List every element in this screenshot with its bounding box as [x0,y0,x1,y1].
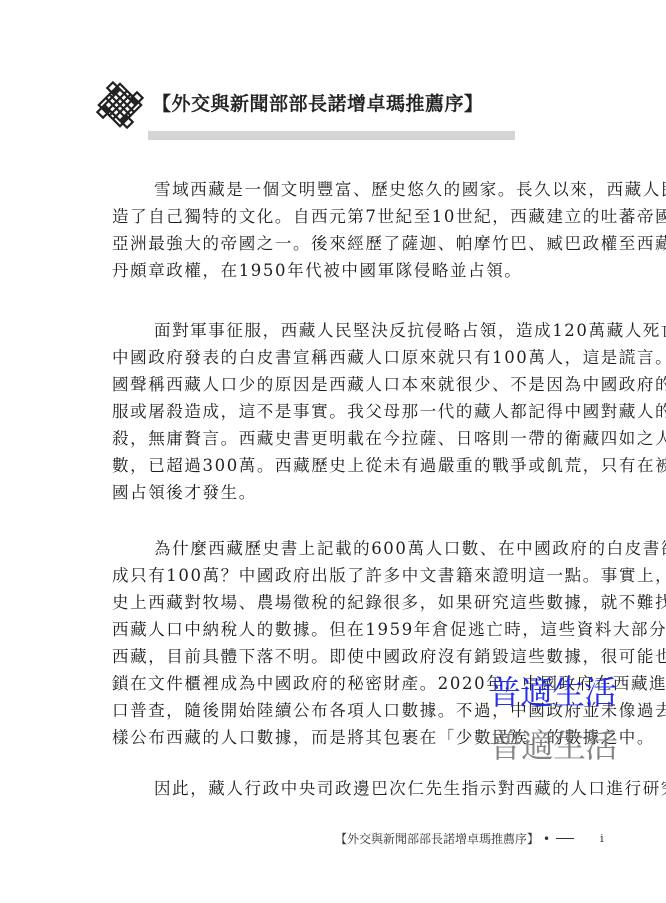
text-line: 亞洲最強大的帝國之一。後來經歷了薩迦、帕摩竹巴、臧巴政權至西藏噶 [112,230,602,257]
watermark-blue: 普適生活 [488,676,616,709]
page-footer: 【外交與新聞部部長諾增卓瑪推薦序】 • i [335,830,604,847]
text-line: 西藏人口中納稅人的數據。但在1959年倉促逃亡時，這些資料大部分留在 [112,616,602,643]
text-line: 服或屠殺造成，這不是事實。我父母那一代的藏人都記得中國對藏人的屠 [112,398,602,425]
text-line: 國聲稱西藏人口少的原因是西藏人口本來就很少、不是因為中國政府的征 [112,371,602,398]
text-line: 丹頗章政權，在1950年代被中國軍隊侵略並占領。 [112,257,602,284]
paragraph-2: 面對軍事征服，西藏人民堅決反抗侵略占領，造成120萬藏人死亡。 中國政府發表的白… [112,317,602,506]
text-line: 造了自己獨特的文化。自西元第7世紀至10世紀，西藏建立的吐蕃帝國是 [112,203,602,230]
paragraph-4: 因此，藏人行政中央司政邊巴次仁先生指示對西藏的人口進行研究。 [112,775,602,802]
text-line: 因此，藏人行政中央司政邊巴次仁先生指示對西藏的人口進行研究。 [112,775,602,802]
text-line: 史上西藏對牧場、農場徵稅的紀錄很多，如果研究這些數據，就不難找出 [112,589,602,616]
text-line: 國占領後才發生。 [112,479,602,506]
text-line: 面對軍事征服，西藏人民堅決反抗侵略占領，造成120萬藏人死亡。 [112,317,602,344]
text-line: 中國政府發表的白皮書宣稱西藏人口原來就只有100萬人，這是謊言。中 [112,344,602,371]
heading-underline-bar [148,131,515,140]
text-line: 雪域西藏是一個文明豐富、歷史悠久的國家。長久以來，西藏人民創 [112,176,602,203]
footer-rule [556,838,574,839]
document-page: 【外交與新聞部部長諾增卓瑪推薦序】 雪域西藏是一個文明豐富、歷史悠久的國家。長久… [0,0,666,903]
endless-knot-icon [95,80,145,130]
text-line: 成只有100萬？中國政府出版了許多中文書籍來證明這一點。事實上，歷 [112,562,602,589]
text-line: 數，已超過300萬。西藏歷史上從未有過嚴重的戰爭或飢荒，只有在被中 [112,452,602,479]
page-heading: 【外交與新聞部部長諾增卓瑪推薦序】 [152,89,484,116]
page-number: i [600,832,604,845]
paragraph-1: 雪域西藏是一個文明豐富、歷史悠久的國家。長久以來，西藏人民創 造了自己獨特的文化… [112,176,602,284]
bullet-icon: • [543,832,550,846]
text-line: 殺，無庸贅言。西藏史書更明載在今拉薩、日喀則一帶的衛藏四如之人口 [112,425,602,452]
text-line: 為什麼西藏歷史書上記載的600萬人口數、在中國政府的白皮書卻變 [112,535,602,562]
text-line: 西藏，目前具體下落不明。即使中國政府沒有銷毀這些數據，很可能也被 [112,643,602,670]
watermark-gray: 普適生活 [489,729,617,762]
paragraph-3: 為什麼西藏歷史書上記載的600萬人口數、在中國政府的白皮書卻變 成只有100萬？… [112,535,602,751]
running-title: 【外交與新聞部部長諾增卓瑪推薦序】 [335,830,539,847]
